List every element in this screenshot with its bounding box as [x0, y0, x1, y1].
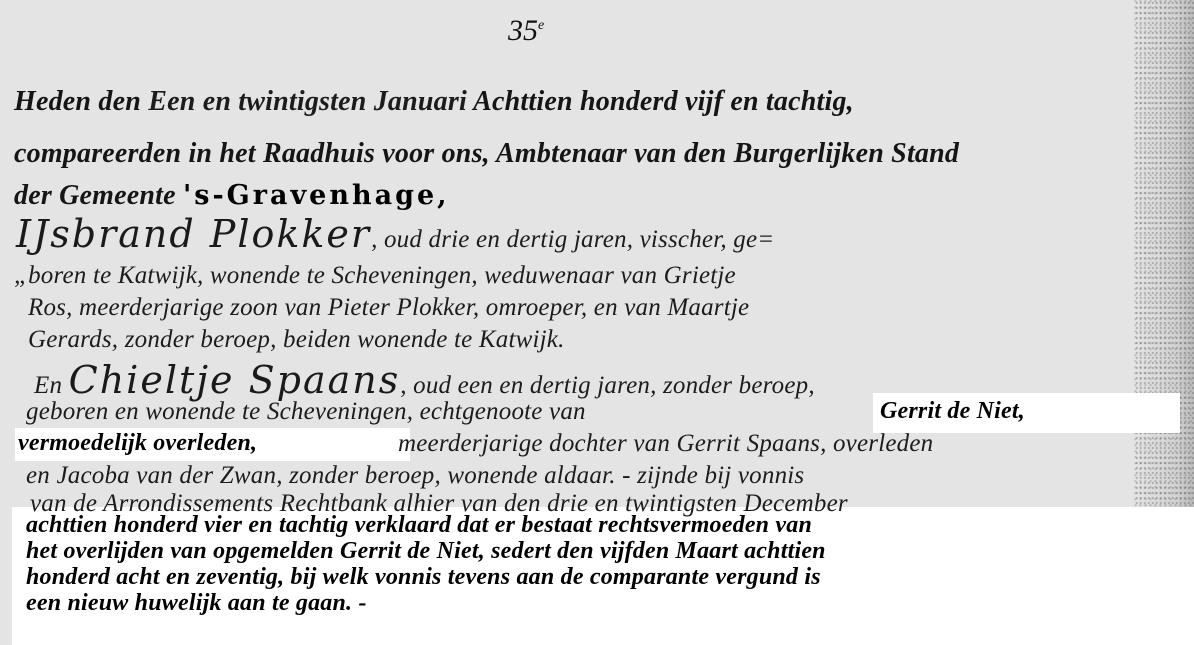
addendum-line-2: het overlijden van opgemelden Gerrit de … [26, 538, 826, 565]
place-name: 's-Gravenhage, [183, 180, 450, 211]
bride-name: Chieltje Spaans [69, 358, 401, 402]
bride-line-4: en Jacoba van der Zwan, zonder beroep, w… [26, 462, 804, 490]
addendum-line-4: een nieuw huwelijk aan te gaan. - [26, 590, 367, 617]
groom-line-3: Ros, meerderjarige zoon van Pieter Plokk… [28, 294, 749, 322]
groom-line-4: Gerards, zonder beroep, beiden wonende t… [28, 326, 565, 354]
bride-line-1: En Chieltje Spaans, oud een en dertig ja… [34, 358, 815, 402]
preprinted-line-2: compareerden in het Raadhuis voor ons, A… [14, 138, 959, 170]
bride-line-2: geboren en wonende te Scheveningen, echt… [26, 398, 586, 426]
record-page: 35e Heden den Een en twintigsten Januari… [0, 0, 1194, 645]
bride-line-2-correction: Gerrit de Niet, [880, 398, 1025, 425]
page-number: 35e [508, 14, 544, 48]
groom-line-1: IJsbrand Plokker, oud drie en dertig jar… [16, 212, 774, 256]
groom-line-2: „boren te Katwijk, wonende te Schevening… [14, 262, 736, 290]
bride-line-3-correction: vermoedelijk overleden, [18, 430, 257, 457]
addendum-line-3: honderd acht en zeventig, bij welk vonni… [26, 564, 821, 591]
groom-name: IJsbrand Plokker [16, 212, 371, 256]
preprinted-line-3: der Gemeente 's-Gravenhage, [14, 180, 450, 212]
preprinted-line-1: Heden den Een en twintigsten Januari Ach… [14, 86, 854, 118]
bride-line-3: meerderjarige dochter van Gerrit Spaans,… [398, 430, 933, 458]
addendum-line-1: achttien honderd vier en tachtig verklaa… [26, 512, 812, 539]
